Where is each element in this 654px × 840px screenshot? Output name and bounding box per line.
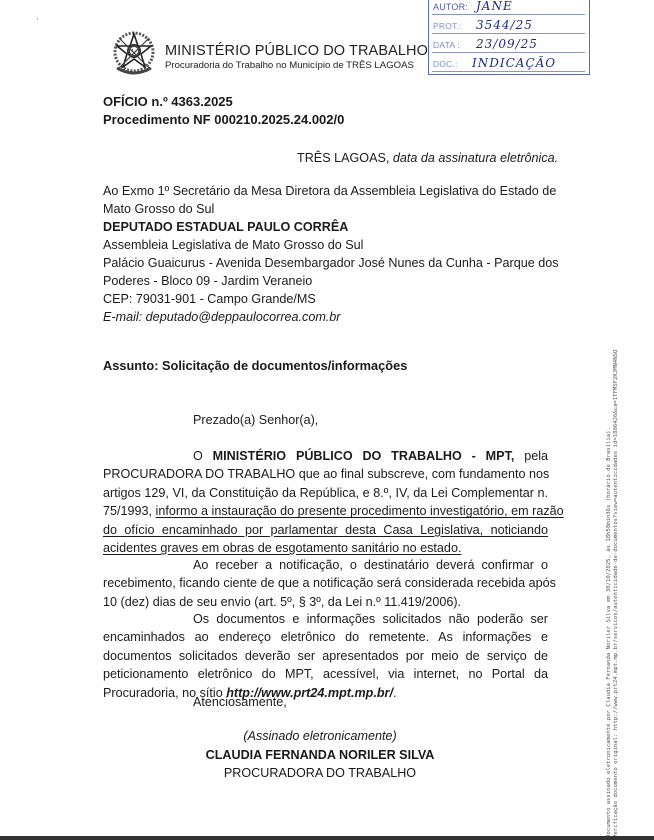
org-subtitle: Procuradoria do Trabalho no Município de… [165,60,414,71]
underlined-text: acidentes graves em obras de esgotamento… [103,539,548,557]
greeting: Prezado(a) Senhor(a), [193,411,318,429]
signature-block: (Assinado eletronicamente) CLAUDIA FERNA… [160,727,480,783]
text-line: Ao receber a notificação, o destinatário… [103,556,548,574]
brazil-coat-of-arms-icon [107,28,161,80]
recipient-email: E-mail: deputado@deppaulocorrea.com.br [103,308,549,326]
body-paragraph-2: Ao receber a notificação, o destinatário… [103,556,548,611]
text-line: encaminhados ao endereço eletrônico do r… [103,628,548,646]
text-line: peticionamento eletrônico do MPT, acessí… [103,665,548,683]
recipient-line: Ao Exmo 1º Secretário da Mesa Diretora d… [103,182,549,200]
underlined-text: informo a instauração do presente proced… [156,504,564,518]
place: TRÊS LAGOAS, [297,151,393,165]
scan-speck [37,18,38,20]
stamp-value: INDICAÇÃO [472,56,556,70]
recipient-cep: CEP: 79031-901 - Campo Grande/MS [103,290,549,308]
subject-line: Assunto: Solicitação de documentos/infor… [103,358,407,373]
electronic-signature-stamp: Documento assinado eletronicamente por C… [606,278,620,838]
page-bottom-edge [0,836,654,840]
body-paragraph-1: O MINISTÉRIO PÚBLICO DO TRABALHO - MPT, … [103,447,548,557]
stamp-row-doc: DOC.: INDICAÇÃO [432,53,585,72]
text-line: Procuradoria, no sítio http://www.prt24.… [103,684,548,702]
stamp-row-author: AUTOR: DEP. GLEICE JANE [432,0,585,15]
stamp-label: PROT.: [433,21,462,31]
stamp-row-protocol: PROT.: 3544/25 [432,15,585,34]
recipient-name: DEPUTADO ESTADUAL PAULO CORRÊA [103,218,549,236]
oficio-number: OFÍCIO n.º 4363.2025 [103,94,233,109]
recipient-block: Ao Exmo 1º Secretário da Mesa Diretora d… [103,182,549,326]
signer-name: CLAUDIA FERNANDA NORILER SILVA [160,746,480,765]
stamp-row-date: DATA : 23/09/25 [432,34,585,53]
closing: Atenciosamente, [193,693,287,711]
text-line: documentos solicitados deverão ser apres… [103,647,548,665]
place-date: TRÊS LAGOAS, data da assinatura eletrôni… [297,149,558,167]
procedure-number: Procedimento NF 000210.2025.24.002/0 [103,112,344,127]
protocol-stamp: AUTOR: DEP. GLEICE JANE PROT.: 3544/25 D… [428,0,590,75]
stamp-label: DOC.: [433,59,458,69]
body-paragraph-3: Os documentos e informações solicitados … [103,610,548,702]
mpt-name: MINISTÉRIO PÚBLICO DO TRABALHO - MPT, [213,449,515,463]
text-line: Os documentos e informações solicitados … [103,610,548,628]
signature-note: (Assinado eletronicamente) [160,727,480,746]
text-line: recebimento, ficando ciente de que a not… [103,574,548,592]
signer-role: PROCURADORA DO TRABALHO [160,764,480,783]
stamp-value: 3544/25 [476,18,533,32]
text-line: 75/1993, informo a instauração do presen… [103,502,548,520]
stamp-value: 23/09/25 [476,37,538,51]
text-line: PROCURADORA DO TRABALHO que ao final sub… [103,465,548,483]
underlined-text: do ofício encaminhado por parlamentar de… [103,521,548,539]
recipient-address: Poderes - Bloco 09 - Jardim Veraneio [103,272,549,290]
text-line: O MINISTÉRIO PÚBLICO DO TRABALHO - MPT, … [103,447,548,465]
date-text: data da assinatura eletrônica. [393,151,558,165]
signature-verification-line: Documento assinado eletronicamente por C… [606,278,613,838]
text-line: 10 (dez) dias de seu envio (art. 5º, § 3… [103,593,548,611]
recipient-address: Palácio Guaicurus - Avenida Desembargado… [103,254,549,272]
stamp-label: AUTOR: [433,2,468,12]
text-line: artigos 129, VI, da Constituição da Repú… [103,484,548,502]
signature-verification-url: Verificação documento original: http://w… [613,278,620,838]
recipient-institution: Assembleia Legislativa de Mato Grosso do… [103,236,549,254]
recipient-line: Mato Grosso do Sul [103,200,549,218]
org-title: MINISTÉRIO PÚBLICO DO TRABALHO [165,43,428,59]
stamp-value: DEP. GLEICE JANE [476,0,585,13]
stamp-label: DATA : [433,40,460,50]
